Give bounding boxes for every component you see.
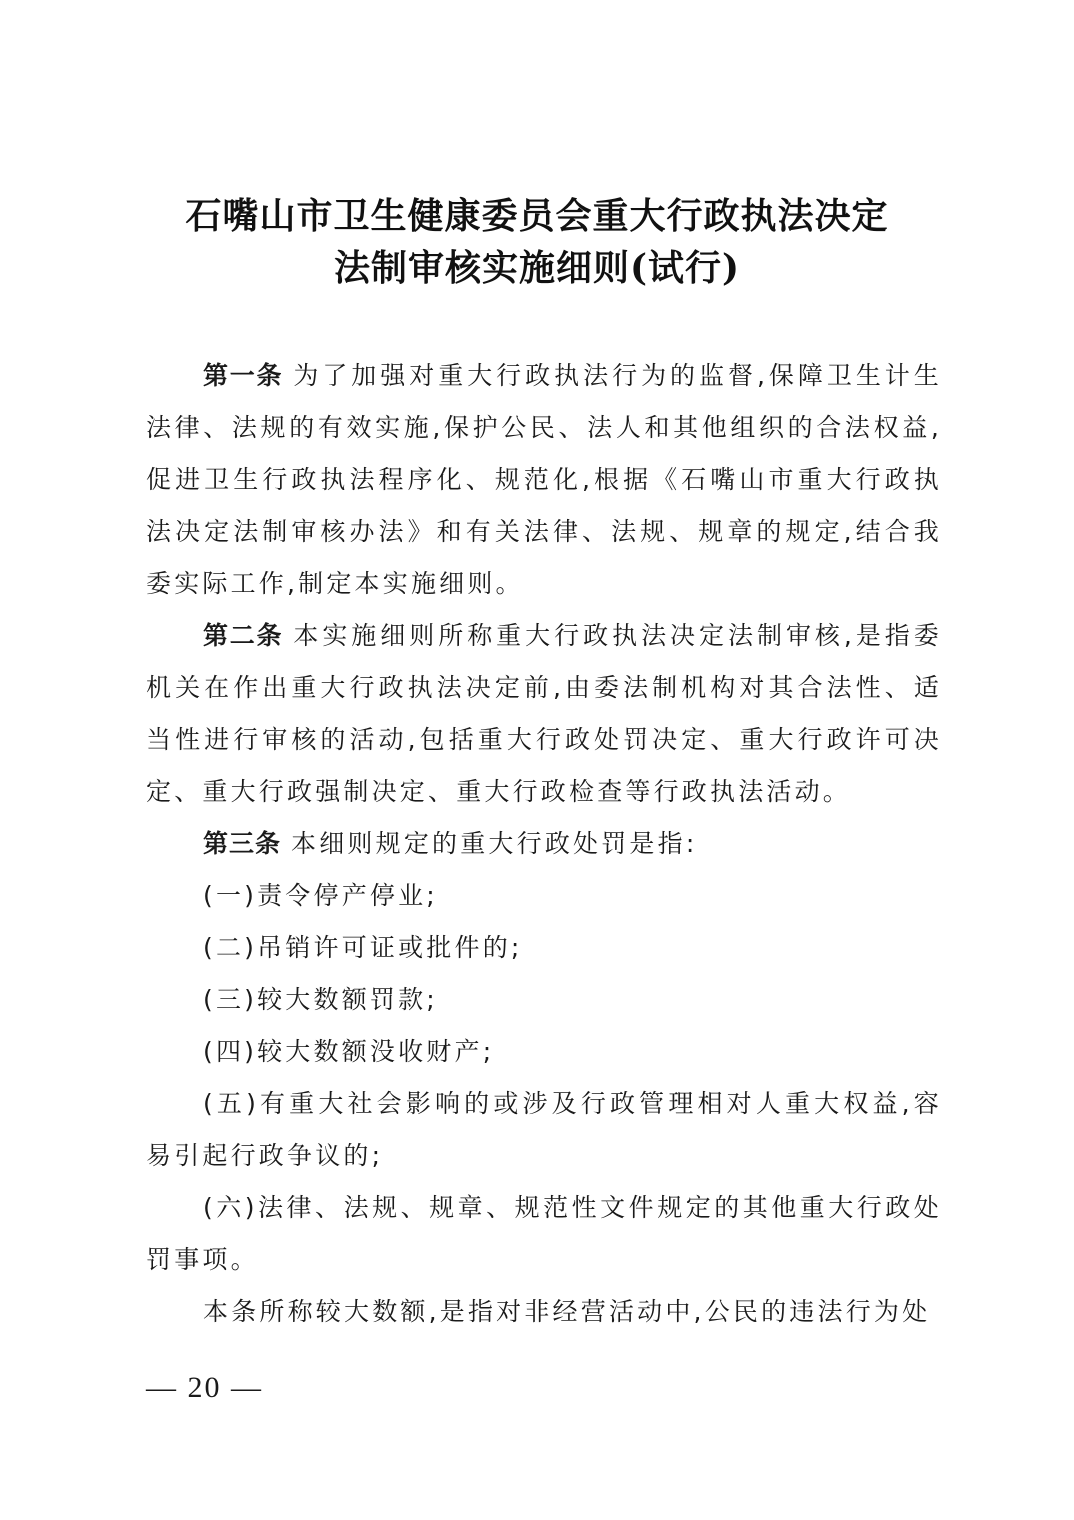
title-line-2: 法制审核实施细则(试行) xyxy=(0,242,1074,294)
list-item-6: (六)法律、法规、规章、规范性文件规定的其他重大行政处罚事项。 xyxy=(146,1182,942,1286)
closing-paragraph: 本条所称较大数额,是指对非经营活动中,公民的违法行为处 xyxy=(146,1286,942,1338)
list-item-4: (四)较大数额没收财产; xyxy=(146,1026,942,1078)
article-3-text: 本细则规定的重大行政处罚是指: xyxy=(291,829,697,858)
article-2: 第二条本实施细则所称重大行政执法决定法制审核,是指委机关在作出重大行政执法决定前… xyxy=(146,610,942,818)
article-3-label: 第三条 xyxy=(203,829,281,858)
article-1: 第一条为了加强对重大行政执法行为的监督,保障卫生计生法律、法规的有效实施,保护公… xyxy=(146,350,942,610)
title-line-1: 石嘴山市卫生健康委员会重大行政执法决定 xyxy=(0,190,1074,242)
list-item-3: (三)较大数额罚款; xyxy=(146,974,942,1026)
document-page: 石嘴山市卫生健康委员会重大行政执法决定 法制审核实施细则(试行) 第一条为了加强… xyxy=(0,0,1074,1520)
article-3: 第三条本细则规定的重大行政处罚是指: xyxy=(146,818,942,870)
list-item-5: (五)有重大社会影响的或涉及行政管理相对人重大权益,容易引起行政争议的; xyxy=(146,1078,942,1182)
document-title: 石嘴山市卫生健康委员会重大行政执法决定 法制审核实施细则(试行) xyxy=(0,190,1074,294)
article-1-text: 为了加强对重大行政执法行为的监督,保障卫生计生法律、法规的有效实施,保护公民、法… xyxy=(146,361,942,598)
list-item-2: (二)吊销许可证或批件的; xyxy=(146,922,942,974)
article-2-label: 第二条 xyxy=(203,621,283,650)
page-number: — 20 — xyxy=(146,1368,263,1408)
document-body: 第一条为了加强对重大行政执法行为的监督,保障卫生计生法律、法规的有效实施,保护公… xyxy=(146,350,942,1338)
article-1-label: 第一条 xyxy=(203,361,283,390)
list-item-1: (一)责令停产停业; xyxy=(146,870,942,922)
